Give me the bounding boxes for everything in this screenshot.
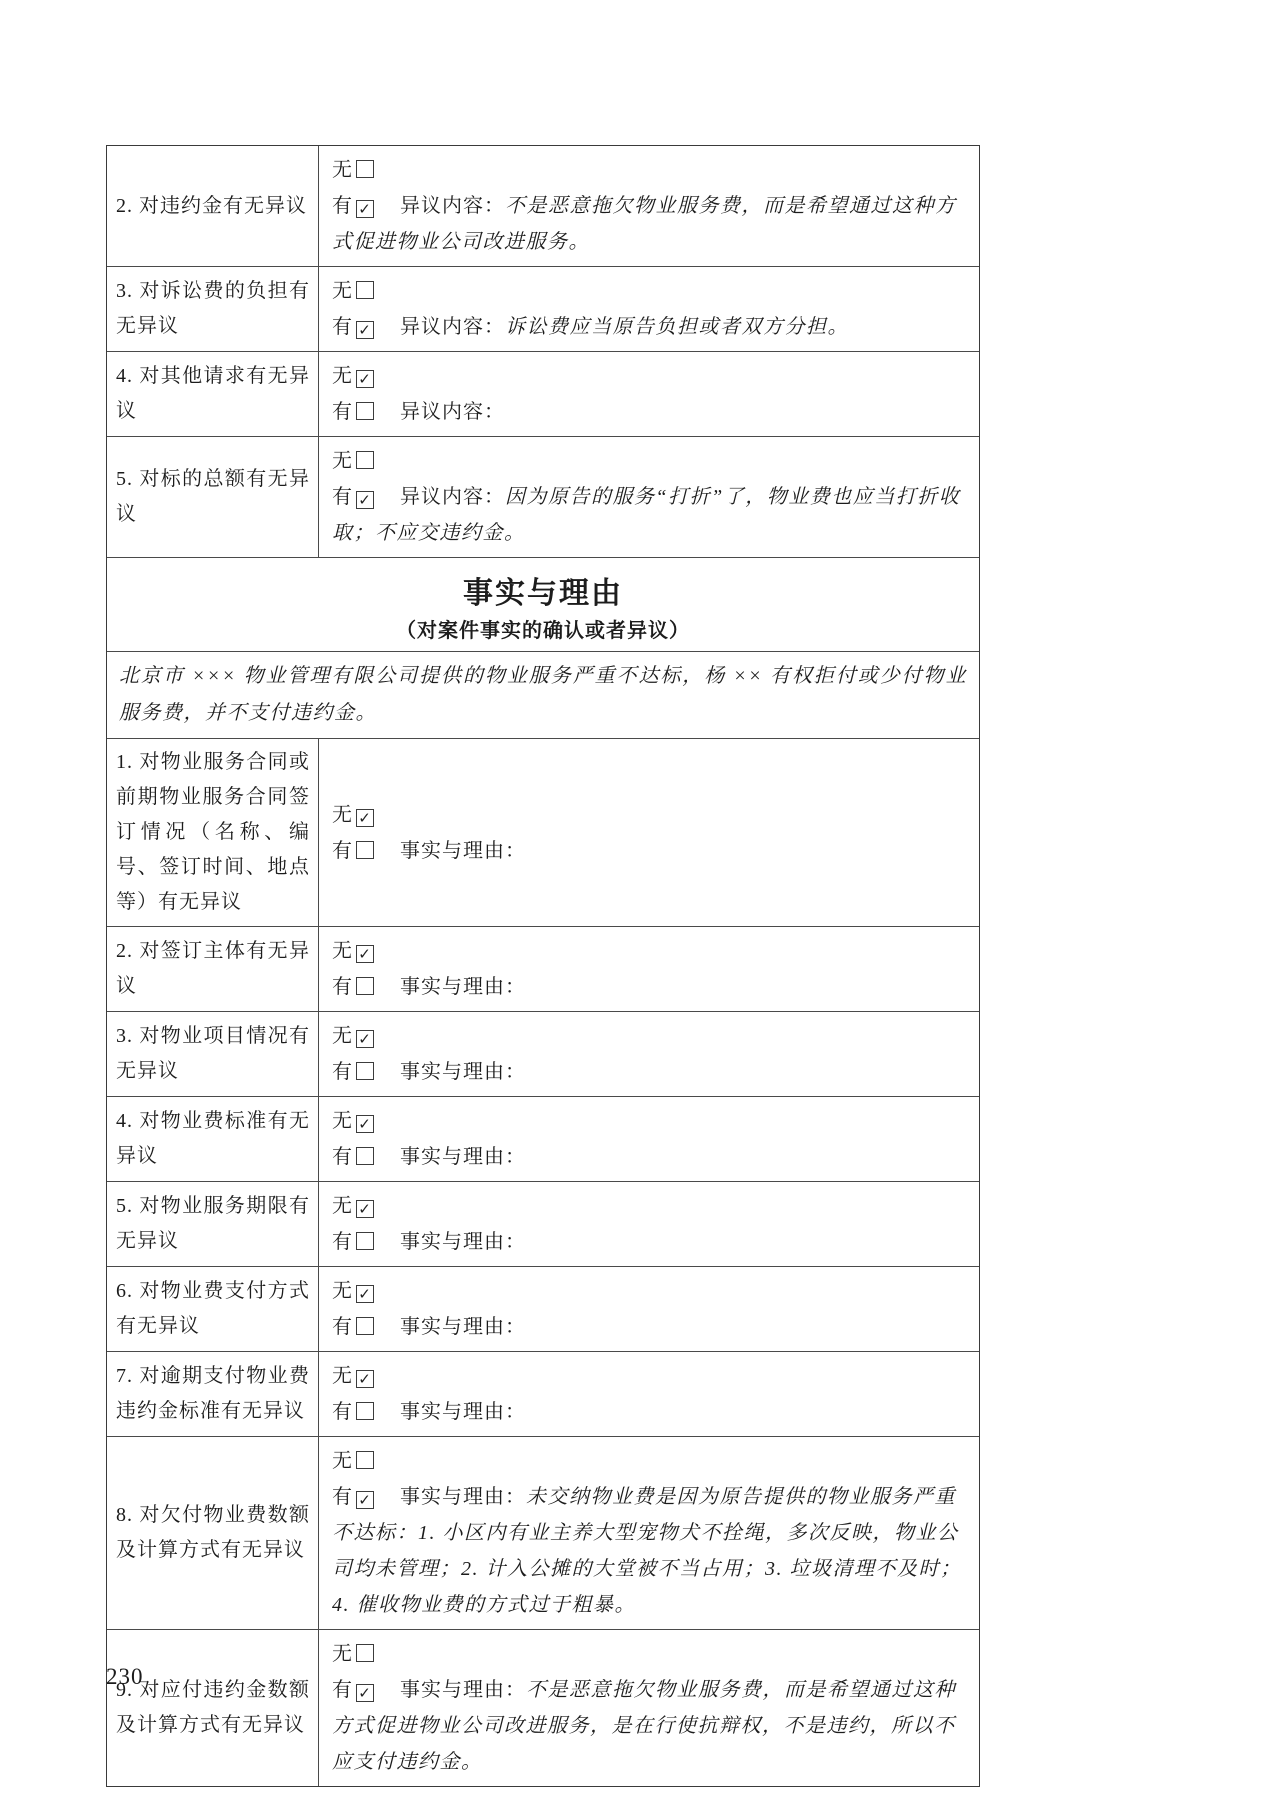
yes-option: 有事实与理由：: [332, 1054, 969, 1090]
no-option: 无✓: [332, 1103, 969, 1139]
content-prefix: 异议内容：: [400, 486, 505, 508]
row-content: 无✓ 有事实与理由：: [319, 1352, 979, 1436]
no-label: 无: [332, 450, 353, 472]
row-label-text: 2. 对违约金有无异议: [116, 189, 310, 224]
no-label: 无: [332, 1110, 353, 1132]
checkbox-no: [356, 160, 374, 178]
checkbox-no: [356, 281, 374, 299]
checkbox-yes: [356, 1402, 374, 1420]
row-label-text: 6. 对物业费支付方式有无异议: [116, 1274, 310, 1344]
row-label: 2. 对签订主体有无异议: [107, 927, 319, 1011]
no-option: 无: [332, 273, 969, 309]
table-row: 7. 对逾期支付物业费违约金标准有无异议 无✓ 有事实与理由：: [107, 1351, 979, 1436]
content-prefix: 事实与理由：: [400, 1316, 526, 1338]
content-prefix: 异议内容：: [400, 195, 505, 217]
row-label-text: 5. 对物业服务期限有无异议: [116, 1189, 310, 1259]
checkmark-icon: ✓: [358, 1030, 372, 1048]
table-row: 2. 对违约金有无异议 无 有✓异议内容：不是恶意拖欠物业服务费，而是希望通过这…: [107, 146, 979, 266]
row-label-text: 1. 对物业服务合同或前期物业服务合同签订情况（名称、编号、签订时间、地点等）有…: [116, 745, 310, 920]
checkmark-icon: ✓: [358, 1115, 372, 1133]
row-label-text: 5. 对标的总额有无异议: [116, 462, 310, 532]
intro-text: 北京市 ××× 物业管理有限公司提供的物业服务严重不达标，杨 ×× 有权拒付或少…: [119, 658, 967, 732]
content-prefix: 事实与理由：: [400, 976, 526, 998]
row-label: 2. 对违约金有无异议: [107, 146, 319, 266]
checkbox-no: ✓: [356, 1285, 374, 1303]
checkmark-icon: ✓: [358, 1285, 372, 1303]
row-label: 6. 对物业费支付方式有无异议: [107, 1267, 319, 1351]
content-prefix: 异议内容：: [400, 401, 505, 423]
row-content: 无✓ 有异议内容：: [319, 352, 979, 436]
intro-row: 北京市 ××× 物业管理有限公司提供的物业服务严重不达标，杨 ×× 有权拒付或少…: [107, 651, 979, 738]
row-label-text: 2. 对签订主体有无异议: [116, 934, 310, 1004]
checkbox-no: ✓: [356, 1030, 374, 1048]
content-prefix: 事实与理由：: [400, 1231, 526, 1253]
checkmark-icon: ✓: [358, 809, 372, 827]
yes-option: 有✓异议内容：因为原告的服务“打折”了，物业费也应当打折收取；不应交违约金。: [332, 479, 969, 551]
checkbox-yes: ✓: [356, 321, 374, 339]
checkbox-yes: [356, 977, 374, 995]
checkbox-no: ✓: [356, 1370, 374, 1388]
yes-option: 有事实与理由：: [332, 833, 969, 869]
no-label: 无: [332, 1643, 353, 1665]
row-label: 3. 对物业项目情况有无异议: [107, 1012, 319, 1096]
objection-form-table: 2. 对违约金有无异议 无 有✓异议内容：不是恶意拖欠物业服务费，而是希望通过这…: [106, 145, 980, 1787]
yes-label: 有: [332, 486, 353, 508]
table-row: 2. 对签订主体有无异议 无✓ 有事实与理由：: [107, 926, 979, 1011]
yes-option: 有事实与理由：: [332, 969, 969, 1005]
no-option: 无✓: [332, 797, 969, 833]
table-row: 6. 对物业费支付方式有无异议 无✓ 有事实与理由：: [107, 1266, 979, 1351]
yes-label: 有: [332, 316, 353, 338]
checkbox-no: [356, 1451, 374, 1469]
checkbox-no: ✓: [356, 1115, 374, 1133]
checkmark-icon: ✓: [358, 1684, 372, 1702]
no-option: 无✓: [332, 1018, 969, 1054]
row-label: 1. 对物业服务合同或前期物业服务合同签订情况（名称、编号、签订时间、地点等）有…: [107, 739, 319, 926]
yes-option: 有事实与理由：: [332, 1309, 969, 1345]
yes-label: 有: [332, 195, 353, 217]
yes-label: 有: [332, 1061, 353, 1083]
yes-option: 有异议内容：: [332, 394, 969, 430]
yes-label: 有: [332, 976, 353, 998]
no-label: 无: [332, 1195, 353, 1217]
yes-label: 有: [332, 1231, 353, 1253]
yes-label: 有: [332, 1316, 353, 1338]
page-number: 230: [106, 1664, 144, 1690]
checkbox-no: [356, 1644, 374, 1662]
yes-option: 有✓事实与理由：不是恶意拖欠物业服务费，而是希望通过这种方式促进物业公司改进服务…: [332, 1672, 969, 1780]
table-row: 5. 对物业服务期限有无异议 无✓ 有事实与理由：: [107, 1181, 979, 1266]
table-row: 3. 对物业项目情况有无异议 无✓ 有事实与理由：: [107, 1011, 979, 1096]
content-prefix: 事实与理由：: [400, 1679, 526, 1701]
no-label: 无: [332, 280, 353, 302]
yes-option: 有事实与理由：: [332, 1224, 969, 1260]
yes-label: 有: [332, 1486, 353, 1508]
row-content: 无 有✓事实与理由：未交纳物业费是因为原告提供的物业服务严重不达标：1. 小区内…: [319, 1437, 979, 1629]
no-label: 无: [332, 159, 353, 181]
table-row: 4. 对物业费标准有无异议 无✓ 有事实与理由：: [107, 1096, 979, 1181]
table-row: 8. 对欠付物业费数额及计算方式有无异议 无 有✓事实与理由：未交纳物业费是因为…: [107, 1436, 979, 1629]
yes-option: 有事实与理由：: [332, 1394, 969, 1430]
no-label: 无: [332, 1450, 353, 1472]
no-option: 无✓: [332, 1188, 969, 1224]
row-label-text: 4. 对其他请求有无异议: [116, 359, 310, 429]
checkmark-icon: ✓: [358, 1200, 372, 1218]
checkmark-icon: ✓: [358, 321, 372, 339]
row-label: 5. 对物业服务期限有无异议: [107, 1182, 319, 1266]
row-content: 无✓ 有事实与理由：: [319, 1012, 979, 1096]
section-title: 事实与理由: [107, 568, 979, 612]
checkbox-yes: ✓: [356, 200, 374, 218]
row-content: 无 有✓异议内容：不是恶意拖欠物业服务费，而是希望通过这种方式促进物业公司改进服…: [319, 146, 979, 266]
checkmark-icon: ✓: [358, 1491, 372, 1509]
yes-option: 有✓异议内容：诉讼费应当原告负担或者双方分担。: [332, 309, 969, 345]
row-label-text: 3. 对诉讼费的负担有无异议: [116, 274, 310, 344]
no-label: 无: [332, 1365, 353, 1387]
content-prefix: 事实与理由：: [400, 1486, 526, 1508]
content-prefix: 事实与理由：: [400, 1146, 526, 1168]
table-row: 5. 对标的总额有无异议 无 有✓异议内容：因为原告的服务“打折”了，物业费也应…: [107, 436, 979, 557]
row-label: 4. 对物业费标准有无异议: [107, 1097, 319, 1181]
checkbox-no: ✓: [356, 809, 374, 827]
yes-option: 有✓事实与理由：未交纳物业费是因为原告提供的物业服务严重不达标：1. 小区内有业…: [332, 1479, 969, 1623]
checkbox-yes: ✓: [356, 1491, 374, 1509]
row-content: 无 有✓事实与理由：不是恶意拖欠物业服务费，而是希望通过这种方式促进物业公司改进…: [319, 1630, 979, 1786]
yes-label: 有: [332, 1679, 353, 1701]
section-subtitle: （对案件事实的确认或者异议）: [107, 614, 979, 643]
row-content: 无✓ 有事实与理由：: [319, 1267, 979, 1351]
no-label: 无: [332, 940, 353, 962]
table-row: 3. 对诉讼费的负担有无异议 无 有✓异议内容：诉讼费应当原告负担或者双方分担。: [107, 266, 979, 351]
no-option: 无: [332, 443, 969, 479]
yes-label: 有: [332, 1401, 353, 1423]
yes-label: 有: [332, 840, 353, 862]
table-row: 4. 对其他请求有无异议 无✓ 有异议内容：: [107, 351, 979, 436]
row-label: 8. 对欠付物业费数额及计算方式有无异议: [107, 1437, 319, 1629]
checkmark-icon: ✓: [358, 1370, 372, 1388]
no-option: 无: [332, 1636, 969, 1672]
checkbox-yes: [356, 1147, 374, 1165]
checkmark-icon: ✓: [358, 370, 372, 388]
checkbox-yes: ✓: [356, 491, 374, 509]
row-label: 3. 对诉讼费的负担有无异议: [107, 267, 319, 351]
no-option: 无✓: [332, 1358, 969, 1394]
row-content: 无✓ 有事实与理由：: [319, 739, 979, 926]
checkbox-no: ✓: [356, 1200, 374, 1218]
row-content: 无 有✓异议内容：因为原告的服务“打折”了，物业费也应当打折收取；不应交违约金。: [319, 437, 979, 557]
answer-text: 诉讼费应当原告负担或者双方分担。: [505, 316, 849, 338]
no-label: 无: [332, 1280, 353, 1302]
content-prefix: 事实与理由：: [400, 840, 526, 862]
yes-label: 有: [332, 1146, 353, 1168]
checkbox-yes: ✓: [356, 1684, 374, 1702]
row-label-text: 3. 对物业项目情况有无异议: [116, 1019, 310, 1089]
no-option: 无: [332, 152, 969, 188]
checkbox-yes: [356, 841, 374, 859]
checkbox-no: ✓: [356, 370, 374, 388]
row-label-text: 4. 对物业费标准有无异议: [116, 1104, 310, 1174]
section-header-row: 事实与理由 （对案件事实的确认或者异议）: [107, 557, 979, 651]
row-label: 4. 对其他请求有无异议: [107, 352, 319, 436]
checkbox-yes: [356, 402, 374, 420]
row-content: 无✓ 有事实与理由：: [319, 1097, 979, 1181]
document-page: 2. 对违约金有无异议 无 有✓异议内容：不是恶意拖欠物业服务费，而是希望通过这…: [106, 145, 980, 1787]
no-label: 无: [332, 804, 353, 826]
table-row: 9. 对应付违约金数额及计算方式有无异议 无 有✓事实与理由：不是恶意拖欠物业服…: [107, 1629, 979, 1786]
checkbox-no: [356, 451, 374, 469]
section-header: 事实与理由 （对案件事实的确认或者异议）: [107, 558, 979, 651]
yes-option: 有✓异议内容：不是恶意拖欠物业服务费，而是希望通过这种方式促进物业公司改进服务。: [332, 188, 969, 260]
no-option: 无✓: [332, 933, 969, 969]
yes-label: 有: [332, 401, 353, 423]
yes-option: 有事实与理由：: [332, 1139, 969, 1175]
row-label: 5. 对标的总额有无异议: [107, 437, 319, 557]
row-content: 无 有✓异议内容：诉讼费应当原告负担或者双方分担。: [319, 267, 979, 351]
content-prefix: 事实与理由：: [400, 1401, 526, 1423]
no-option: 无: [332, 1443, 969, 1479]
row-label: 7. 对逾期支付物业费违约金标准有无异议: [107, 1352, 319, 1436]
checkbox-yes: [356, 1062, 374, 1080]
no-option: 无✓: [332, 358, 969, 394]
no-label: 无: [332, 365, 353, 387]
checkbox-yes: [356, 1317, 374, 1335]
no-option: 无✓: [332, 1273, 969, 1309]
row-label-text: 9. 对应付违约金数额及计算方式有无异议: [116, 1673, 310, 1743]
checkmark-icon: ✓: [358, 945, 372, 963]
content-prefix: 异议内容：: [400, 316, 505, 338]
row-label-text: 8. 对欠付物业费数额及计算方式有无异议: [116, 1498, 310, 1568]
row-label-text: 7. 对逾期支付物业费违约金标准有无异议: [116, 1359, 310, 1429]
no-label: 无: [332, 1025, 353, 1047]
content-prefix: 事实与理由：: [400, 1061, 526, 1083]
checkmark-icon: ✓: [358, 491, 372, 509]
checkbox-no: ✓: [356, 945, 374, 963]
checkmark-icon: ✓: [358, 200, 372, 218]
table-row: 1. 对物业服务合同或前期物业服务合同签订情况（名称、编号、签订时间、地点等）有…: [107, 738, 979, 926]
row-label: 9. 对应付违约金数额及计算方式有无异议: [107, 1630, 319, 1786]
row-content: 无✓ 有事实与理由：: [319, 927, 979, 1011]
row-content: 无✓ 有事实与理由：: [319, 1182, 979, 1266]
intro-cell: 北京市 ××× 物业管理有限公司提供的物业服务严重不达标，杨 ×× 有权拒付或少…: [107, 652, 979, 738]
checkbox-yes: [356, 1232, 374, 1250]
